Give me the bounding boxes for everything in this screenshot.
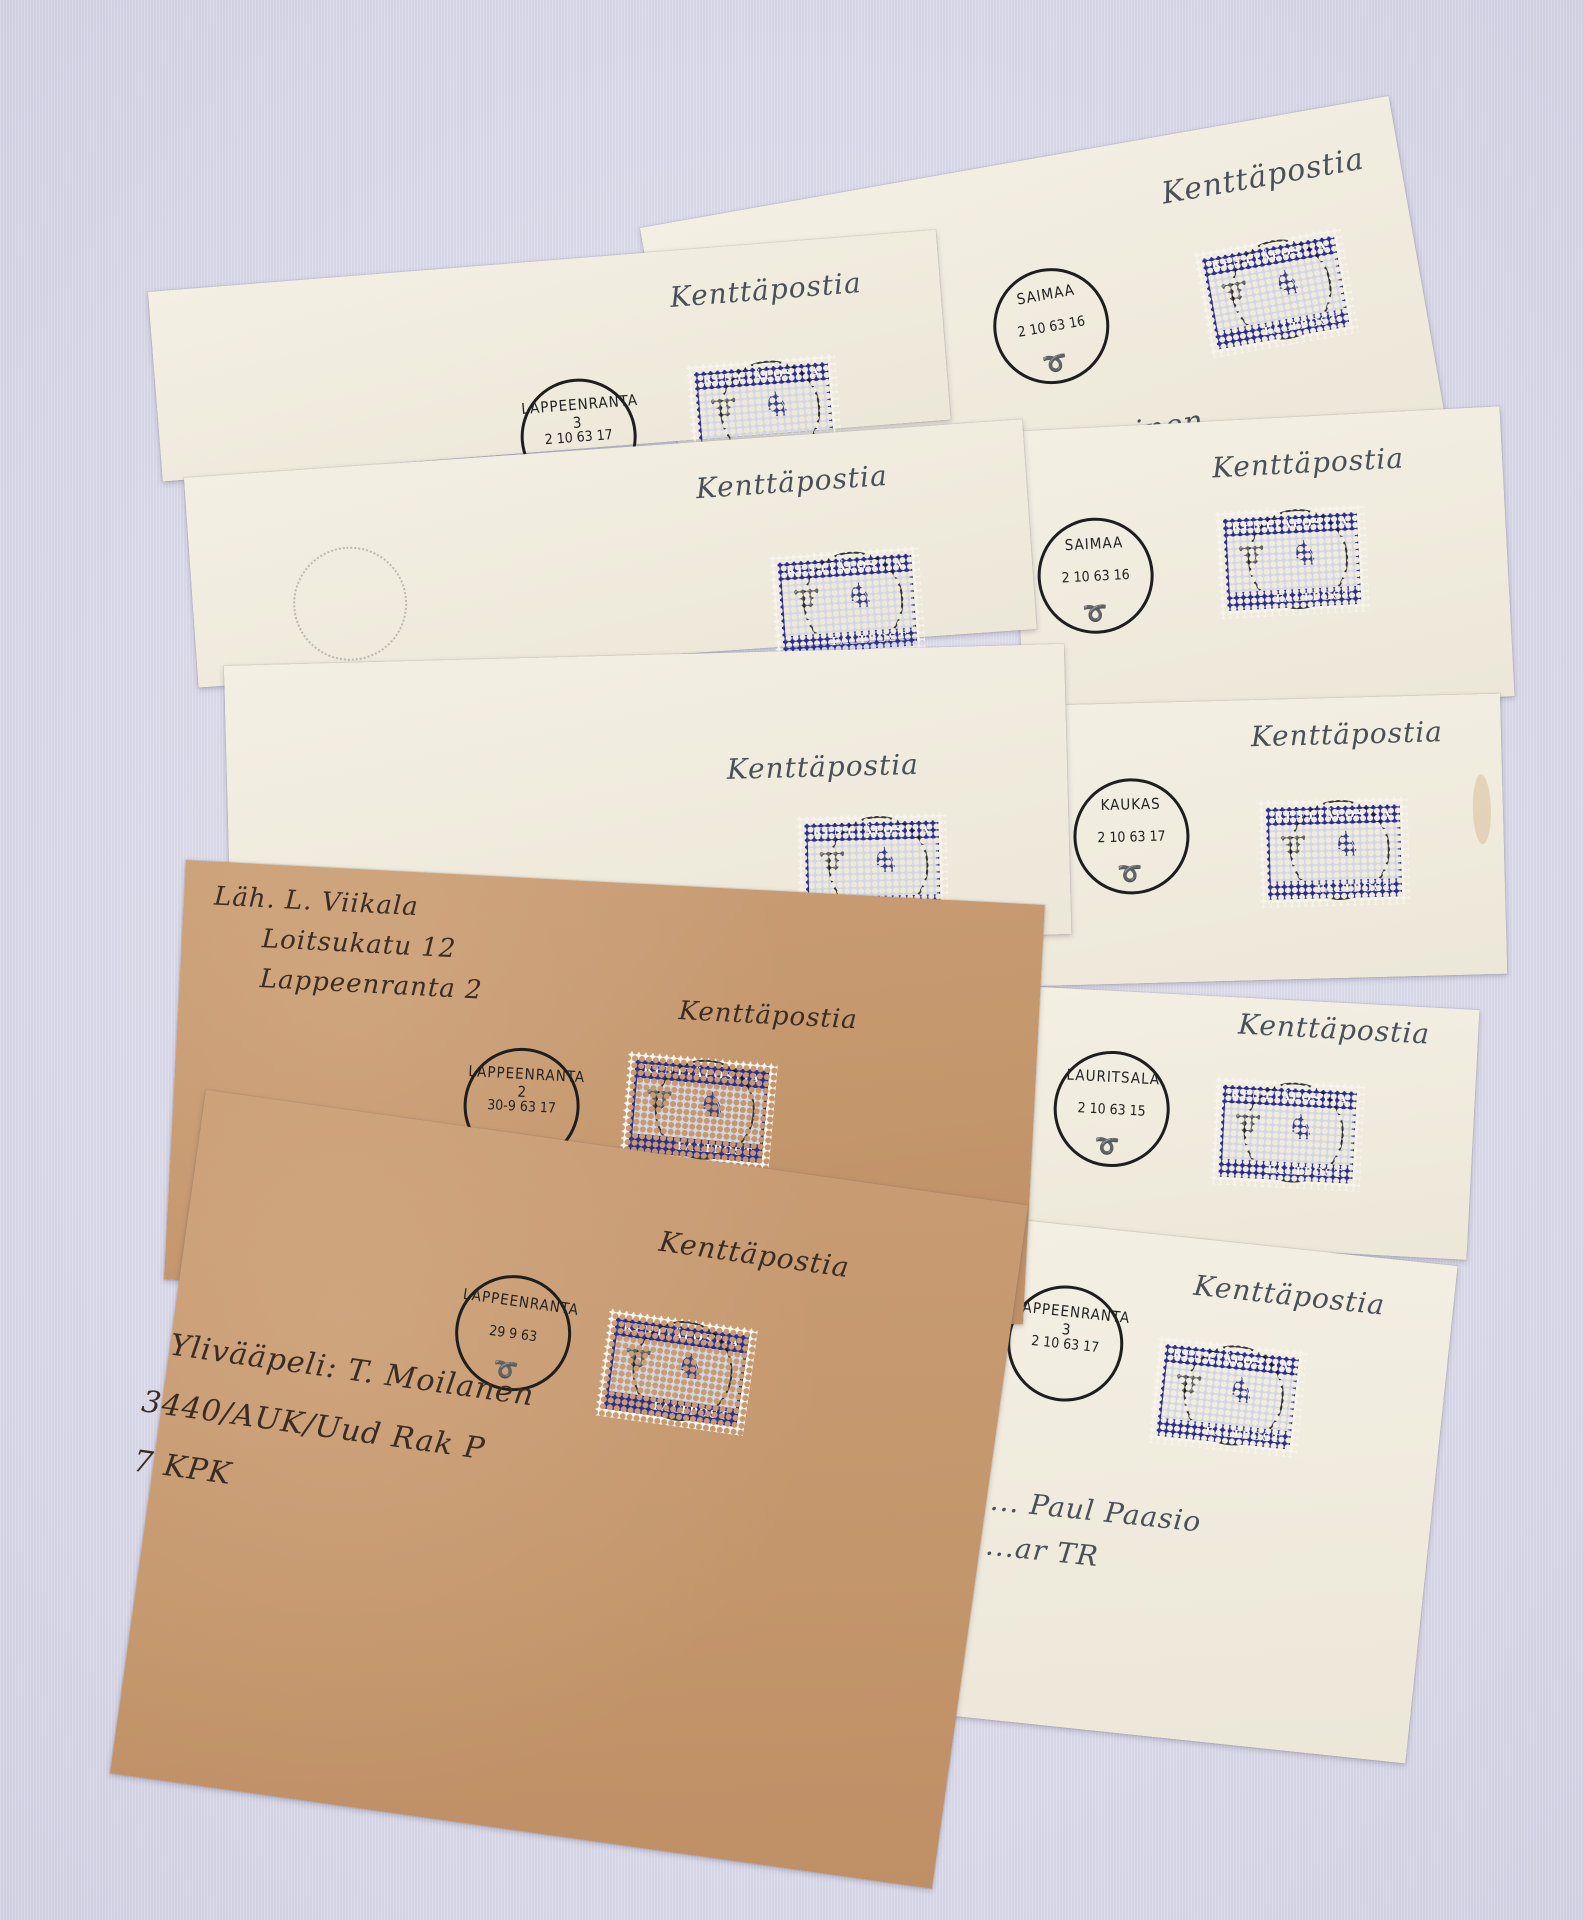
- envelope-paasio: Kenttäpostia LAPPEENRANTA 3 2 10 63 17 K…: [948, 1218, 1458, 1763]
- age-stain: [1472, 774, 1492, 844]
- envelope-kaukas: Kenttäpostia KAUKAS 2 10 63 17 ➰ KENTTÄP…: [1030, 694, 1507, 986]
- sender-line-1: Läh. L. Viikala: [213, 882, 419, 923]
- stamp: KENTTÄPOSTIA ➰ ♞ FÄLTPOST: [1147, 1335, 1307, 1458]
- handwritten-note: Kenttäpostia: [1159, 142, 1367, 212]
- handwritten-note: Kenttäpostia: [1237, 1008, 1430, 1051]
- envelope-lauritsala: Kenttäpostia LAURITSALA 2 10 63 15 ➰ KEN…: [1007, 986, 1479, 1260]
- handwritten-note: Kenttäpostia: [726, 748, 919, 786]
- sender-line-2: Loitsukatu 12: [261, 924, 457, 964]
- handwritten-note: Kenttäpostia: [657, 1225, 852, 1284]
- handwritten-note: Kenttäpostia: [695, 459, 889, 505]
- stamp: KENTTÄPOSTIA ➰ ♞ FÄLTPOST: [1193, 226, 1359, 358]
- post-horn-icon: ➰: [1041, 351, 1069, 375]
- post-horn-icon: ➰: [1082, 602, 1108, 623]
- post-horn-icon: ➰: [1094, 1135, 1120, 1156]
- handwritten-note: Kenttäpostia: [1211, 441, 1404, 484]
- postmark: KAUKAS 2 10 63 17 ➰: [1072, 777, 1191, 896]
- handwritten-note: Kenttäpostia: [669, 266, 863, 314]
- postmark: SAIMAA 2 10 63 16 ➰: [984, 259, 1118, 393]
- post-horn-icon: ➰: [1117, 863, 1142, 884]
- envelope-kraft-front: Kenttäpostia LAPPEENRANTA 29 9 63 ➰ KENT…: [110, 1090, 1028, 1889]
- handwritten-note: Kenttäpostia: [1192, 1269, 1386, 1322]
- postmark: LAURITSALA 2 10 63 15 ➰: [1051, 1048, 1173, 1170]
- stamp: KENTTÄPOSTIA ➰ ♞ FÄLTPOST: [769, 545, 926, 663]
- envelope-saimaa-mid: Kenttäpostia SAIMAA 2 10 63 16 ➰ KENTTÄP…: [1010, 406, 1515, 721]
- handwritten-note: Kenttäpostia: [1250, 715, 1443, 753]
- address-line-3: 7 KPK: [131, 1444, 234, 1492]
- address-line-2: ...ar TR: [984, 1528, 1100, 1573]
- sender-line-3: Lappeenranta 2: [259, 964, 483, 1006]
- stamp: KENTTÄPOSTIA ➰ ♞ FÄLTPOST: [1258, 796, 1411, 908]
- address-line-1: ... Paul Paasio: [989, 1484, 1203, 1539]
- stamp: KENTTÄPOSTIA ➰ ♞ FÄLTPOST: [1210, 1076, 1365, 1192]
- stamp: KENTTÄPOSTIA ➰ ♞ FÄLTPOST: [595, 1308, 759, 1436]
- handwritten-note: Kenttäpostia: [678, 996, 858, 1035]
- stamp: KENTTÄPOSTIA ➰ ♞ FÄLTPOST: [1214, 504, 1369, 620]
- faint-postmark: [289, 543, 411, 665]
- postmark: SAIMAA 2 10 63 16 ➰: [1035, 515, 1157, 637]
